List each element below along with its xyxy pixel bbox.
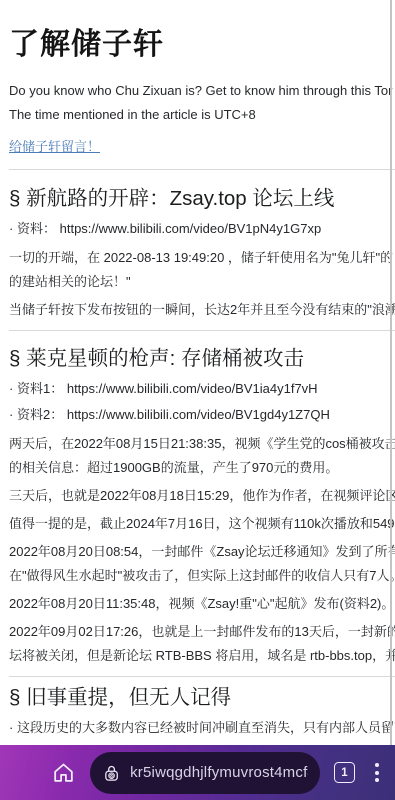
intro-paragraph: Do you know who Chu Zixuan is? Get to kn… [9, 79, 395, 127]
tabs-button[interactable]: 1 [334, 762, 355, 783]
paragraph-line: 2022年09月02日17:26，也就是上一封邮件发布的13天后，一封新的邮件《… [9, 620, 395, 644]
paragraph: 2022年08月20日11:35:48，视频《Zsay!重"心"起航》发布(资料… [9, 592, 395, 616]
intro-text: Do you know who Chu Zixuan is? Get to kn… [9, 79, 395, 103]
paragraph-line: 2022年08月20日11:35:48，视频《Zsay!重"心"起航》发布(资料… [9, 592, 395, 616]
section-divider [9, 169, 395, 170]
intro-text: The time mentioned in the article is UTC… [9, 103, 395, 127]
paragraph-line: 当储子轩按下发布按钮的一瞬间，长达2年并且至今没有结束的"浪潮"从此开始 [9, 298, 395, 322]
paragraph: 两天后，在2022年08月15日21:38:35，视频《学生党的cos桶被攻击了… [9, 432, 395, 480]
paragraph-line: 的建站相关的论坛！" [9, 270, 395, 294]
kebab-menu-icon [375, 763, 379, 767]
section-heading-3: § 旧事重提，但无人记得 [9, 685, 395, 711]
home-icon [51, 760, 76, 785]
webpage-content: 了解储子轩 Do you know who Chu Zixuan is? Get… [0, 0, 395, 769]
home-button[interactable] [50, 760, 76, 786]
paragraph: 一切的开端，在 2022-08-13 19:49:20 ，储子轩使用名为"兔儿轩… [9, 246, 395, 294]
scrollbar[interactable] [390, 0, 392, 745]
list-item: 资料1： https://www.bilibili.com/video/BV1i… [9, 376, 395, 402]
paragraph-line: 三天后，也就是2022年08月18日15:29，他作为作者，在视频评论区下发布了 [9, 484, 395, 508]
onion-lock-icon [102, 761, 121, 784]
paragraph-line: 一切的开端，在 2022-08-13 19:49:20 ，储子轩使用名为"兔儿轩… [9, 246, 395, 270]
browser-toolbar: kr5iwqgdhjlfymuvrost4mcf4t2vx 1 [0, 745, 395, 800]
paragraph: 三天后，也就是2022年08月18日15:29，他作为作者，在视频评论区下发布了 [9, 484, 395, 508]
paragraph-line: 的相关信息：超过1900GB的流量，产生了970元的费用。 [9, 456, 395, 480]
menu-button[interactable] [371, 759, 383, 786]
section-heading-1: § 新航路的开辟：Zsay.top 论坛上线 [9, 186, 395, 212]
paragraph: 2022年08月20日08:54，一封邮件《Zsay论坛迁移通知》发到了所有Zs… [9, 540, 395, 588]
url-text: kr5iwqgdhjlfymuvrost4mcf4t2vx [130, 764, 308, 781]
section-heading-2: § 莱克星顿的枪声: 存储桶被攻击 [9, 346, 395, 372]
paragraph-line: 在"做得风生水起时"被攻击了，但实际上这封邮件的收信人只有7人。 [9, 564, 395, 588]
paragraph-line: 2022年08月20日08:54，一封邮件《Zsay论坛迁移通知》发到了所有Zs… [9, 540, 395, 564]
url-bar[interactable]: kr5iwqgdhjlfymuvrost4mcf4t2vx [90, 752, 320, 794]
tab-count: 1 [341, 767, 347, 779]
list-item: 这段历史的大多数内容已经被时间冲刷直至消失，只有内部人员留下的一点点 [9, 715, 395, 741]
message-link[interactable]: 给储子轩留言！ [9, 135, 100, 159]
source-list: 资料1： https://www.bilibili.com/video/BV1i… [9, 376, 395, 428]
paragraph: 值得一提的是，截止2024年7月16日，这个视频有110k次播放和549条评论， [9, 512, 395, 536]
list-item: 资料： https://www.bilibili.com/video/BV1pN… [9, 216, 395, 242]
paragraph: 当储子轩按下发布按钮的一瞬间，长达2年并且至今没有结束的"浪潮"从此开始 [9, 298, 395, 322]
section-divider [9, 676, 395, 677]
source-list: 这段历史的大多数内容已经被时间冲刷直至消失，只有内部人员留下的一点点 [9, 715, 395, 741]
section-divider [9, 330, 395, 331]
source-list: 资料： https://www.bilibili.com/video/BV1pN… [9, 216, 395, 242]
paragraph-line: 值得一提的是，截止2024年7月16日，这个视频有110k次播放和549条评论， [9, 512, 395, 536]
paragraph: 2022年09月02日17:26，也就是上一封邮件发布的13天后，一封新的邮件《… [9, 620, 395, 668]
list-item: 资料2： https://www.bilibili.com/video/BV1g… [9, 402, 395, 428]
paragraph-line: 坛将被关闭，但是新论坛 RTB-BBS 将启用，域名是 rtb-bbs.top，… [9, 644, 395, 668]
paragraph-line: 两天后，在2022年08月15日21:38:35，视频《学生党的cos桶被攻击了… [9, 432, 395, 456]
page-title: 了解储子轩 [9, 28, 395, 62]
